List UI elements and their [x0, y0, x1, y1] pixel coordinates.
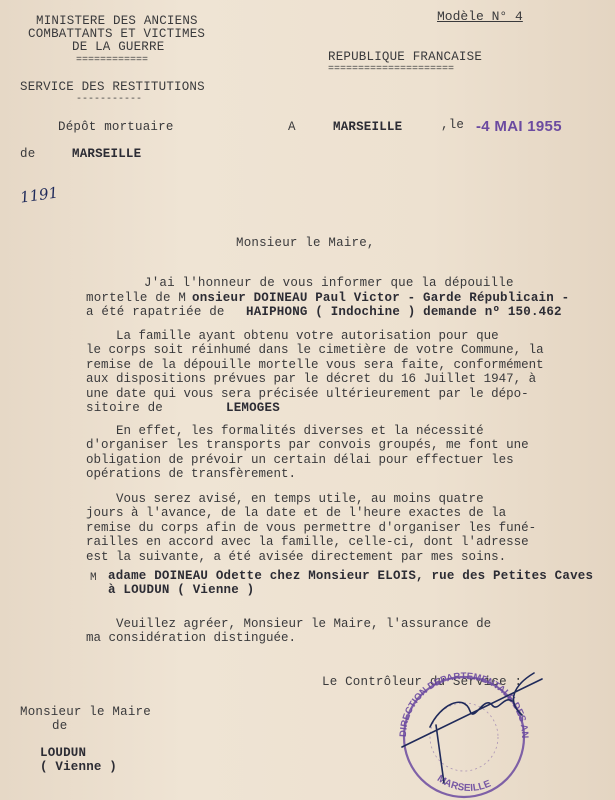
- service-rule: -----------: [76, 94, 142, 105]
- le-label: ,le: [441, 118, 464, 132]
- republic-title: REPUBLIQUE FRANCAISE: [328, 50, 482, 64]
- paragraph-formalities: En effet, les formalités diverses et la …: [86, 424, 529, 482]
- closing-formula: Veuillez agréer, Monsieur le Maire, l'as…: [86, 617, 491, 646]
- service-title: SERVICE DES RESTITUTIONS: [20, 80, 205, 94]
- ministry-line-2: COMBATTANTS ET VICTIMES: [28, 27, 205, 41]
- family-address-line1: adame DOINEAU Odette chez Monsieur ELOIS…: [108, 569, 593, 583]
- paragraph-family: La famille ayant obtenu votre autorisati…: [86, 329, 544, 401]
- family-address-line2: à LOUDUN ( Vienne ): [108, 583, 254, 597]
- letter-page: MINISTERE DES ANCIENS COMBATTANTS ET VIC…: [0, 0, 615, 800]
- de-label: de: [20, 147, 35, 161]
- depot-label: Dépôt mortuaire: [58, 120, 174, 134]
- paragraph-notice: Vous serez avisé, en temps utile, au moi…: [86, 492, 536, 564]
- recipient-line2: de: [52, 719, 67, 733]
- recipient-region: ( Vienne ): [40, 760, 117, 774]
- recipient-city: LOUDUN: [40, 746, 86, 760]
- p1-line3-prefix: a été rapatriée de: [86, 305, 225, 319]
- date-stamp: -4 MAI 1955: [476, 118, 562, 135]
- origin-and-request: HAIPHONG ( Indochine ) demande nº 150.46…: [246, 305, 562, 319]
- handwritten-file-number: 1191: [19, 183, 59, 206]
- depot-city: MARSEILLE: [72, 147, 141, 161]
- ministry-line-1: MINISTERE DES ANCIENS: [36, 14, 198, 28]
- p1-line1: J'ai l'honneur de vous informer que la d…: [144, 276, 514, 290]
- ministry-line-3: DE LA GUERRE: [72, 40, 164, 54]
- official-stamp-with-signature: DIRECTION DEPARTEMENTALE DES ANCIENS MAR…: [394, 665, 584, 800]
- republic-rule: =====================: [328, 64, 454, 75]
- model-number: Modèle N° 4: [437, 9, 523, 24]
- ministry-rule: ============: [76, 55, 148, 66]
- address-prefix: M: [90, 571, 97, 585]
- p2-last-prefix: sitoire de: [86, 401, 163, 415]
- recipient-line1: Monsieur le Maire: [20, 705, 151, 719]
- salutation: Monsieur le Maire,: [236, 236, 375, 250]
- deceased-name: onsieur DOINEAU Paul Victor - Garde Répu…: [192, 291, 569, 305]
- a-label: A: [288, 120, 296, 134]
- city-marseille: MARSEILLE: [333, 120, 402, 134]
- p1-line2-prefix: mortelle de M: [86, 291, 186, 305]
- depository-city: LEMOGES: [226, 401, 280, 415]
